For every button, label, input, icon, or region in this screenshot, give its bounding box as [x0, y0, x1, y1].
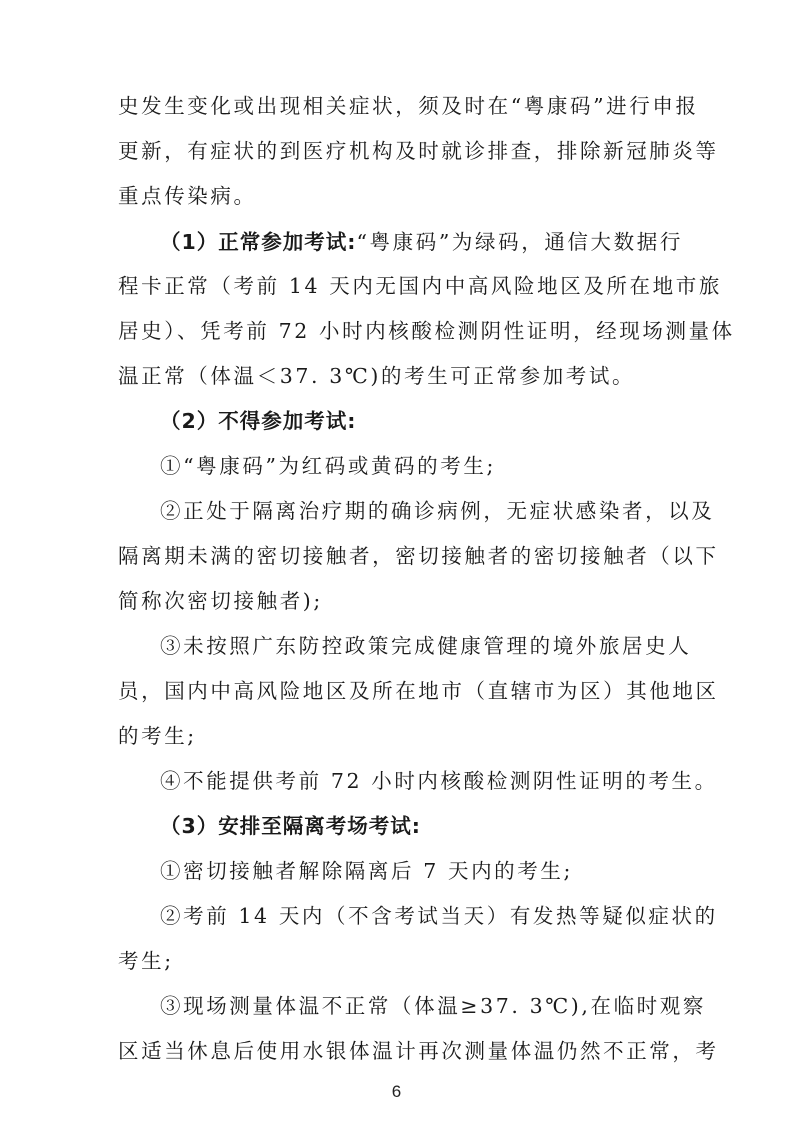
body-line: 史发生变化或出现相关症状，须及时在“粤康码”进行申报	[118, 92, 680, 120]
body-line: 区适当休息后使用水银体温计再次测量体温仍然不正常，考	[118, 1037, 680, 1065]
document-page: 史发生变化或出现相关症状，须及时在“粤康码”进行申报 更新，有症状的到医疗机构及…	[0, 0, 793, 1122]
body-line: 员，国内中高风险地区及所在地市（直辖市为区）其他地区	[118, 677, 680, 705]
list-item: ④不能提供考前 72 小时内核酸检测阴性证明的考生。	[160, 767, 680, 795]
body-line: 的考生;	[118, 722, 680, 750]
body-line: 考生;	[118, 947, 680, 975]
section-1-line: （1）正常参加考试:“粤康码”为绿码，通信大数据行	[160, 228, 680, 256]
section-heading-isolation-room: （3）安排至隔离考场考试:	[160, 814, 421, 838]
page-number: 6	[0, 1082, 793, 1102]
section-heading-normal-exam: （1）正常参加考试:	[160, 230, 356, 254]
body-line: 简称次密切接触者);	[118, 587, 680, 615]
section-2-line: （2）不得参加考试:	[160, 407, 680, 435]
body-line: 更新，有症状的到医疗机构及时就诊排查，排除新冠肺炎等	[118, 137, 680, 165]
body-line: 程卡正常（考前 14 天内无国内中高风险地区及所在地市旅	[118, 272, 680, 300]
body-line: 温正常（体温＜37. 3℃)的考生可正常参加考试。	[118, 362, 680, 390]
body-text: “粤康码”为绿码，通信大数据行	[356, 230, 682, 254]
list-item: ③未按照广东防控政策完成健康管理的境外旅居史人	[160, 632, 680, 660]
body-line: 隔离期未满的密切接触者，密切接触者的密切接触者（以下	[118, 542, 680, 570]
list-item: ①密切接触者解除隔离后 7 天内的考生;	[160, 857, 680, 885]
list-item: ③现场测量体温不正常（体温≥37. 3℃),在临时观察	[160, 992, 680, 1020]
list-item: ②考前 14 天内（不含考试当天）有发热等疑似症状的	[160, 902, 680, 930]
list-item: ②正处于隔离治疗期的确诊病例，无症状感染者，以及	[160, 497, 680, 525]
section-3-line: （3）安排至隔离考场考试:	[160, 812, 680, 840]
body-line: 重点传染病。	[118, 182, 680, 210]
list-item: ①“粤康码”为红码或黄码的考生;	[160, 452, 680, 480]
body-line: 居史）、凭考前 72 小时内核酸检测阴性证明，经现场测量体	[118, 317, 680, 345]
section-heading-not-allowed: （2）不得参加考试:	[160, 409, 356, 433]
